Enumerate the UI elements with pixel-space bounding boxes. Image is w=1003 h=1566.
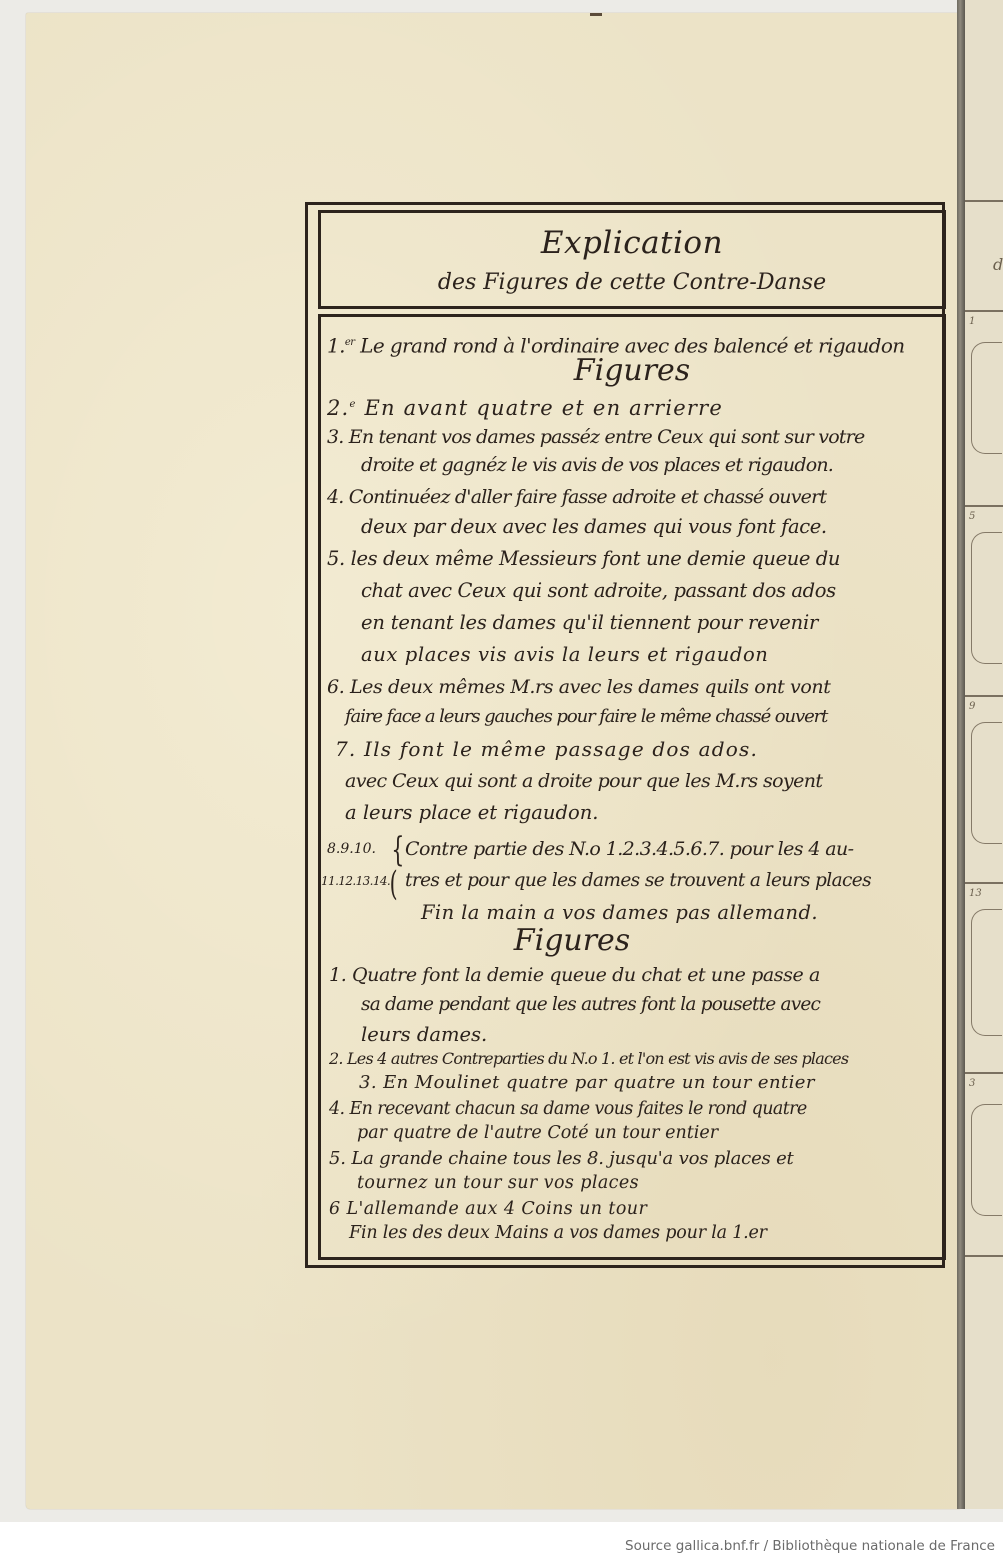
list-item: 6 L'allemande aux 4 Coins un tour bbox=[329, 1197, 647, 1221]
item-text: Fin la main a vos dames pas allemand. bbox=[421, 901, 818, 925]
item-text: Continuéez d'aller faire fasse adroite e… bbox=[349, 486, 826, 508]
item-number: 2. bbox=[327, 396, 349, 420]
item-continuation: droite et gagnéz le vis avis de vos plac… bbox=[361, 453, 833, 477]
item-text: Ils font le même passage dos ados. bbox=[364, 737, 758, 761]
list-item: 5. La grande chaine tous les 8. jusqu'a … bbox=[329, 1147, 794, 1171]
item-text: Contre partie des N.o 1.2.3.4.5.6.7. pou… bbox=[405, 837, 853, 861]
item-continuation: Fin les des deux Mains a vos dames pour … bbox=[349, 1221, 767, 1245]
item-number: 5. bbox=[329, 1148, 346, 1169]
item-text: En Moulinet quatre par quatre un tour en… bbox=[383, 1072, 815, 1093]
adjacent-figure-cell: 5 bbox=[965, 505, 1003, 697]
item-text: Quatre font la demie queue du chat et un… bbox=[352, 964, 820, 986]
item-continuation: leurs dames. bbox=[361, 1023, 487, 1047]
item-number: 3. bbox=[327, 426, 344, 448]
item-text: tres et pour que les dames se trouvent a… bbox=[405, 869, 871, 893]
item-text: En avant quatre et en arrierre bbox=[364, 396, 723, 420]
figure-number: 5 bbox=[969, 511, 975, 522]
item-text: En tenant vos dames passéz entre Ceux qu… bbox=[349, 426, 865, 448]
item-text: les deux même Messieurs font une demie q… bbox=[351, 547, 840, 570]
contre-partie-numbers: 11.12.13.14. bbox=[321, 869, 390, 893]
list-item: 1. Quatre font la demie queue du chat et… bbox=[329, 963, 820, 987]
item-number: 6 bbox=[329, 1199, 341, 1219]
brace-icon: ( bbox=[390, 867, 398, 901]
section-heading: Figures bbox=[321, 353, 943, 388]
item-number: 1. bbox=[329, 964, 346, 986]
section-heading: Figures bbox=[201, 923, 943, 958]
list-item: 5. les deux même Messieurs font une demi… bbox=[327, 547, 840, 571]
adjacent-figure-cell: 13 bbox=[965, 882, 1003, 1074]
item-text: En recevant chacun sa dame vous faites l… bbox=[349, 1099, 806, 1119]
item-number: 7. bbox=[335, 737, 356, 761]
item-number: 5. bbox=[327, 547, 345, 570]
adjacent-bottom-rule bbox=[965, 1255, 1003, 1277]
item-continuation: aux places vis avis la leurs et rigaudon bbox=[361, 643, 768, 667]
contre-partie-numbers: 8.9.10. bbox=[327, 837, 376, 861]
ornament-icon bbox=[971, 1104, 1002, 1216]
item-number: 3. bbox=[359, 1072, 377, 1093]
figure-number: 9 bbox=[969, 701, 975, 712]
item-text: Les deux mêmes M.rs avec les dames quils… bbox=[350, 676, 831, 698]
page-top-mark bbox=[590, 13, 602, 16]
adjacent-figure-cell: 3 bbox=[965, 1072, 1003, 1254]
adjacent-figure-cell: 1 bbox=[965, 310, 1003, 512]
item-continuation: a leurs place et rigaudon. bbox=[345, 801, 598, 825]
item-continuation: par quatre de l'autre Coté un tour entie… bbox=[357, 1121, 718, 1145]
adjacent-page: d 1 5 9 13 3 bbox=[965, 0, 1003, 1509]
item-number-sup: e bbox=[349, 399, 356, 410]
document-title: Explication bbox=[321, 225, 943, 261]
ornament-icon bbox=[971, 342, 1002, 454]
item-number: 6. bbox=[327, 676, 344, 698]
document-subtitle: des Figures de cette Contre-Danse bbox=[321, 270, 943, 295]
figure-number: 3 bbox=[969, 1078, 975, 1089]
item-number-sup: er bbox=[345, 337, 355, 348]
item-text: L'allemande aux 4 Coins un tour bbox=[347, 1199, 648, 1219]
list-item: 2. Les 4 autres Contreparties du N.o 1. … bbox=[329, 1047, 848, 1071]
item-continuation: sa dame pendant que les autres font la p… bbox=[361, 993, 820, 1017]
adjacent-caption: d bbox=[993, 255, 1003, 274]
list-item: 3. En tenant vos dames passéz entre Ceux… bbox=[327, 425, 864, 449]
ornament-icon bbox=[971, 532, 1002, 664]
adjacent-figure-cell: 9 bbox=[965, 695, 1003, 882]
title-cartouche: Explication des Figures de cette Contre-… bbox=[318, 210, 946, 309]
book-gutter bbox=[957, 0, 965, 1509]
item-number: 4. bbox=[327, 486, 344, 508]
item-continuation: tournez un tour sur vos places bbox=[357, 1171, 639, 1195]
item-continuation: deux par deux avec les dames qui vous fo… bbox=[361, 515, 827, 539]
list-item: 6. Les deux mêmes M.rs avec les dames qu… bbox=[327, 675, 830, 699]
item-number: 2. bbox=[329, 1049, 343, 1068]
item-continuation: chat avec Ceux qui sont adroite, passant… bbox=[361, 579, 836, 603]
list-item: 4. En recevant chacun sa dame vous faite… bbox=[329, 1097, 807, 1121]
ornament-icon bbox=[971, 722, 1002, 844]
item-continuation: faire face a leurs gauches pour faire le… bbox=[345, 705, 827, 729]
list-item: 7. Ils font le même passage dos ados. bbox=[335, 737, 758, 761]
ornament-icon bbox=[971, 909, 1002, 1036]
figure-number: 13 bbox=[969, 888, 982, 899]
item-text: La grande chaine tous les 8. jusqu'a vos… bbox=[351, 1148, 793, 1169]
item-text: Les 4 autres Contreparties du N.o 1. et … bbox=[347, 1049, 848, 1068]
figure-number: 1 bbox=[969, 316, 975, 327]
list-item: 3. En Moulinet quatre par quatre un tour… bbox=[359, 1071, 815, 1095]
source-attribution: Source gallica.bnf.fr / Bibliothèque nat… bbox=[625, 1538, 995, 1554]
item-continuation: avec Ceux qui sont a droite pour que les… bbox=[345, 769, 822, 793]
list-item: 2.e En avant quatre et en arrierre bbox=[327, 393, 723, 420]
list-item: 4. Continuéez d'aller faire fasse adroit… bbox=[327, 485, 826, 509]
figures-explanation: 1.er Le grand rond à l'ordinaire avec de… bbox=[318, 314, 946, 1260]
item-continuation: en tenant les dames qu'il tiennent pour … bbox=[361, 611, 818, 635]
item-number: 4. bbox=[329, 1099, 345, 1119]
